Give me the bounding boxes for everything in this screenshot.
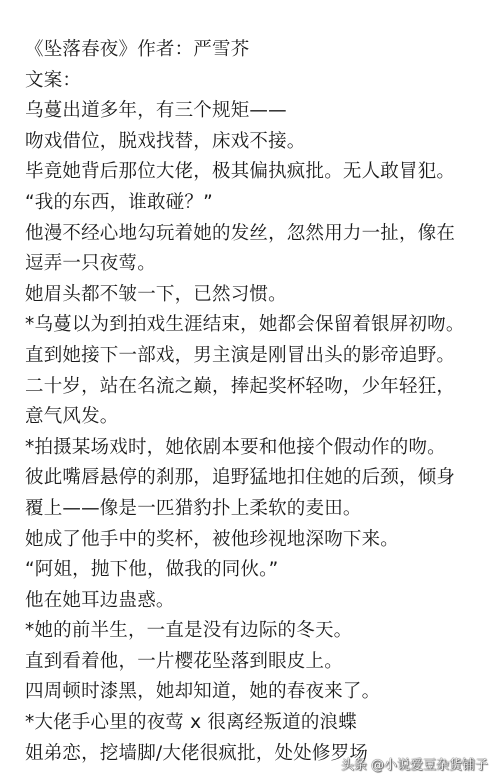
text-line: 直到她接下一部戏，男主演是刚冒出头的影帝追野。 xyxy=(25,341,495,372)
text-line: *她的前半生，一直是没有边际的冬天。 xyxy=(25,616,495,647)
text-line: 彼此嘴唇悬停的刹那，追野猛地扣住她的后颈，倾身 xyxy=(25,463,495,494)
text-line: *大佬手心里的夜莺 x 很离经叛道的浪蝶 xyxy=(25,708,495,739)
text-line: 毕竟她背后那位大佬，极其偏执疯批。无人敢冒犯。 xyxy=(25,157,495,188)
text-line: *拍摄某场戏时，她依剧本要和他接个假动作的吻。 xyxy=(25,433,495,464)
text-line: 乌蔓出道多年，有三个规矩—— xyxy=(25,96,495,127)
text-line: “我的东西，谁敢碰？” xyxy=(25,188,495,219)
title-line: 《坠落春夜》作者：严雪芥 xyxy=(25,35,495,66)
text-line: 他漫不经心地勾玩着她的发丝，忽然用力一扯，像在 xyxy=(25,219,495,250)
text-line: 文案： xyxy=(25,66,495,97)
text-line: “阿姐，抛下他，做我的同伙。” xyxy=(25,555,495,586)
text-line: 四周顿时漆黑，她却知道，她的春夜来了。 xyxy=(25,677,495,708)
text-line: 吻戏借位，脱戏找替，床戏不接。 xyxy=(25,127,495,158)
text-line: 直到看着他，一片樱花坠落到眼皮上。 xyxy=(25,647,495,678)
text-line: 她成了他手中的奖杯，被他珍视地深吻下来。 xyxy=(25,525,495,556)
text-line: 二十岁，站在名流之巅，捧起奖杯轻吻，少年轻狂， xyxy=(25,372,495,403)
text-line: 意气风发。 xyxy=(25,402,495,433)
text-line: 他在她耳边蛊惑。 xyxy=(25,586,495,617)
text-line: *乌蔓以为到拍戏生涯结束，她都会保留着银屏初吻。 xyxy=(25,310,495,341)
text-line: 逗弄一只夜莺。 xyxy=(25,249,495,280)
novel-synopsis: 《坠落春夜》作者：严雪芥 文案： 乌蔓出道多年，有三个规矩—— 吻戏借位，脱戏找… xyxy=(25,35,495,769)
text-line: 覆上——像是一匹猎豹扑上柔软的麦田。 xyxy=(25,494,495,525)
text-line: 她眉头都不皱一下，已然习惯。 xyxy=(25,280,495,311)
watermark: 头条 @小说爱豆杂货铺子 xyxy=(341,754,488,773)
